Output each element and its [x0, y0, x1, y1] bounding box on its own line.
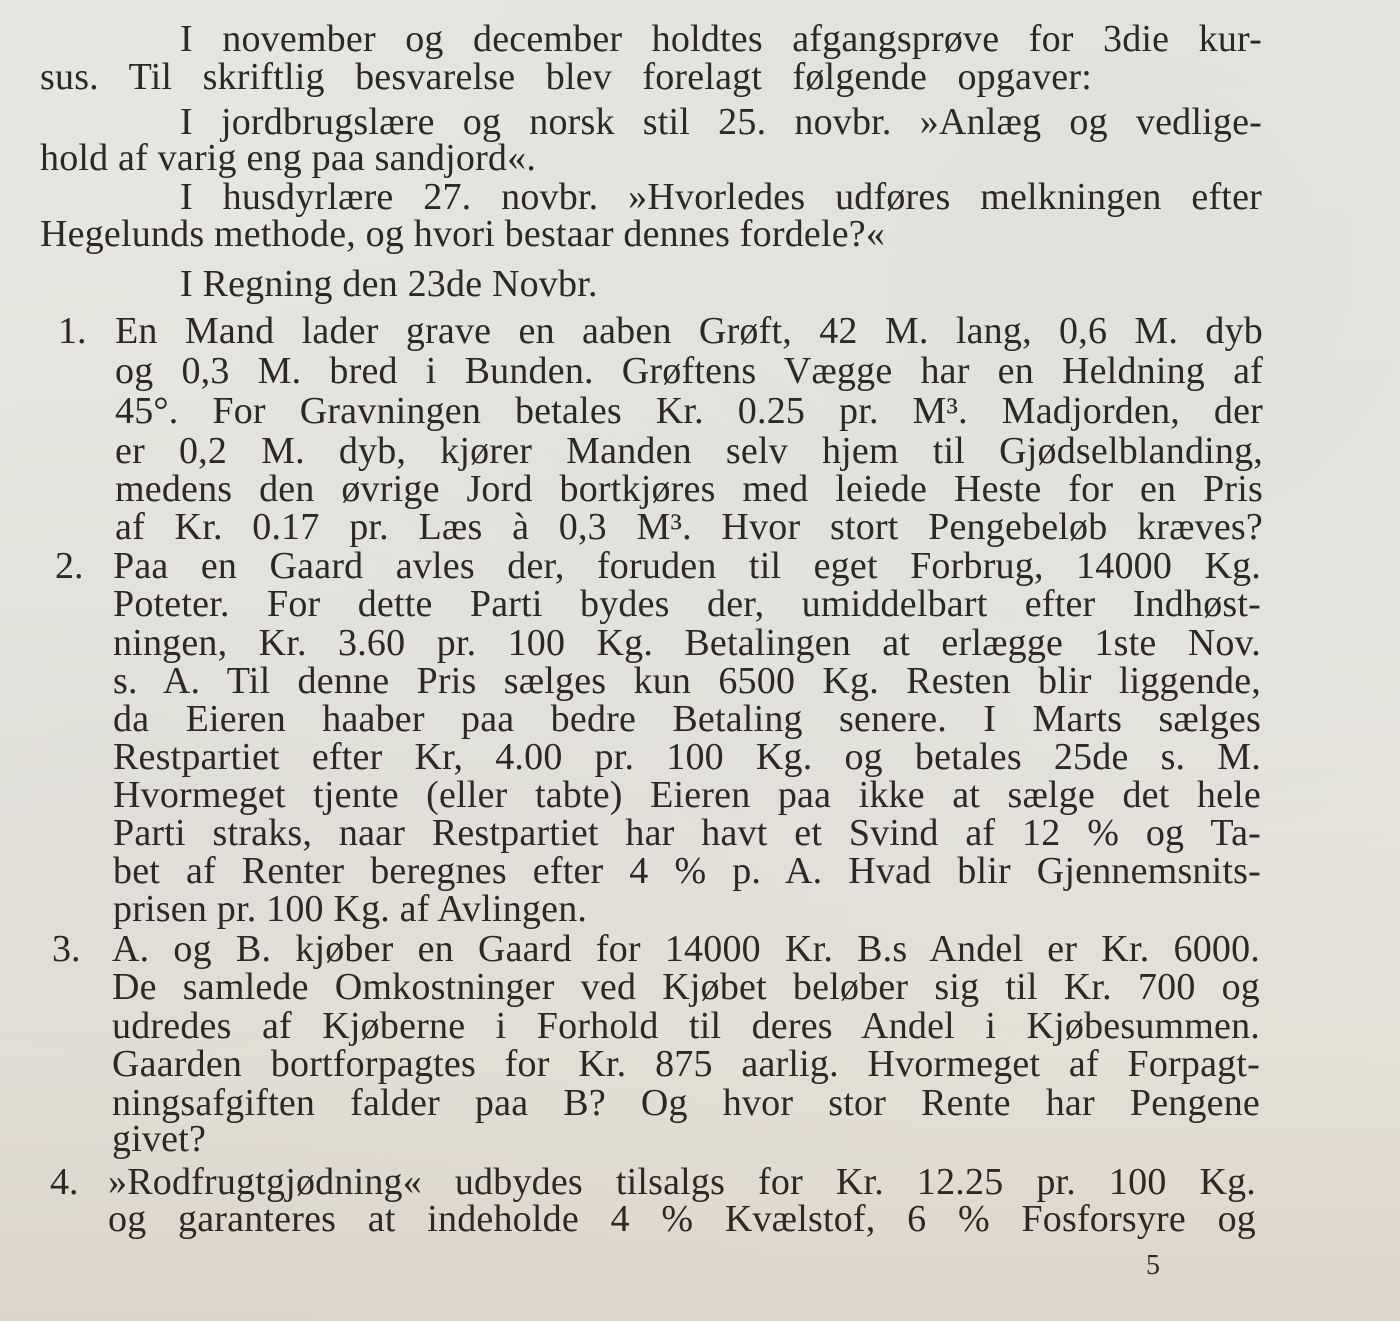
problem-line: givet? — [112, 1120, 206, 1158]
intro-line: hold af varig eng paa sandjord«. — [40, 139, 536, 177]
problem-line: bet af Renter beregnes efter 4 % p. A. H… — [113, 852, 1261, 890]
problem-line: ningsafgiften falder paa B? Og hvor stor… — [112, 1084, 1260, 1122]
problem-line: En Mand lader grave en aaben Grøft, 42 M… — [115, 312, 1263, 350]
problem-line: Parti straks, naar Restpartiet har havt … — [113, 814, 1261, 852]
intro-line: Hegelunds methode, og hvori bestaar denn… — [40, 215, 885, 253]
problem-line: De samlede Omkostninger ved Kjøbet beløb… — [112, 968, 1260, 1006]
intro-line: I husdyrlære 27. novbr. »Hvorledes udfør… — [180, 178, 1262, 216]
problem-line: medens den øvrige Jord bortkjøres med le… — [115, 470, 1263, 508]
problem-line: Paa en Gaard avles der, foruden til eget… — [113, 547, 1261, 585]
page-number: 5 — [1146, 1250, 1160, 1282]
problem-number: 4. — [50, 1163, 79, 1201]
problem-line: A. og B. kjøber en Gaard for 14000 Kr. B… — [112, 930, 1260, 968]
intro-subheading: I Regning den 23de Novbr. — [180, 265, 598, 303]
problem-number: 2. — [55, 547, 84, 585]
problem-line: 45°. For Gravningen betales Kr. 0.25 pr.… — [115, 392, 1263, 430]
problem-line: »Rodfrugtgjødning« udbydes tilsalgs for … — [108, 1163, 1256, 1201]
problem-line: og 0,3 M. bred i Bunden. Grøftens Vægge … — [115, 352, 1263, 390]
problem-line: ningen, Kr. 3.60 pr. 100 Kg. Betalingen … — [113, 624, 1261, 662]
problem-line: s. A. Til denne Pris sælges kun 6500 Kg.… — [113, 662, 1261, 700]
scanned-page: I november og december holdtes afgangspr… — [0, 0, 1400, 1321]
problem-line: udredes af Kjøberne i Forhold til deres … — [112, 1007, 1260, 1045]
problem-line: er 0,2 M. dyb, kjører Manden selv hjem t… — [115, 432, 1263, 470]
intro-line: sus. Til skriftlig besvarelse blev forel… — [40, 58, 1092, 96]
problem-line: Restpartiet efter Kr, 4.00 pr. 100 Kg. o… — [113, 738, 1261, 776]
problem-number: 3. — [52, 930, 81, 968]
problem-number: 1. — [58, 312, 87, 350]
intro-line: I jordbrugslære og norsk stil 25. novbr.… — [180, 103, 1262, 141]
problem-line: prisen pr. 100 Kg. af Avlingen. — [113, 890, 587, 928]
problem-line: Poteter. For dette Parti bydes der, umid… — [113, 585, 1261, 623]
problem-line: Gaarden bortforpagtes for Kr. 875 aarlig… — [112, 1045, 1260, 1083]
problem-line: Hvormeget tjente (eller tabte) Eieren pa… — [113, 776, 1261, 814]
problem-line: af Kr. 0.17 pr. Læs à 0,3 M³. Hvor stort… — [115, 508, 1263, 546]
intro-line: I november og december holdtes afgangspr… — [180, 20, 1262, 58]
problem-line: og garanteres at indeholde 4 % Kvælstof,… — [108, 1200, 1256, 1238]
problem-line: da Eieren haaber paa bedre Betaling sene… — [113, 700, 1261, 738]
